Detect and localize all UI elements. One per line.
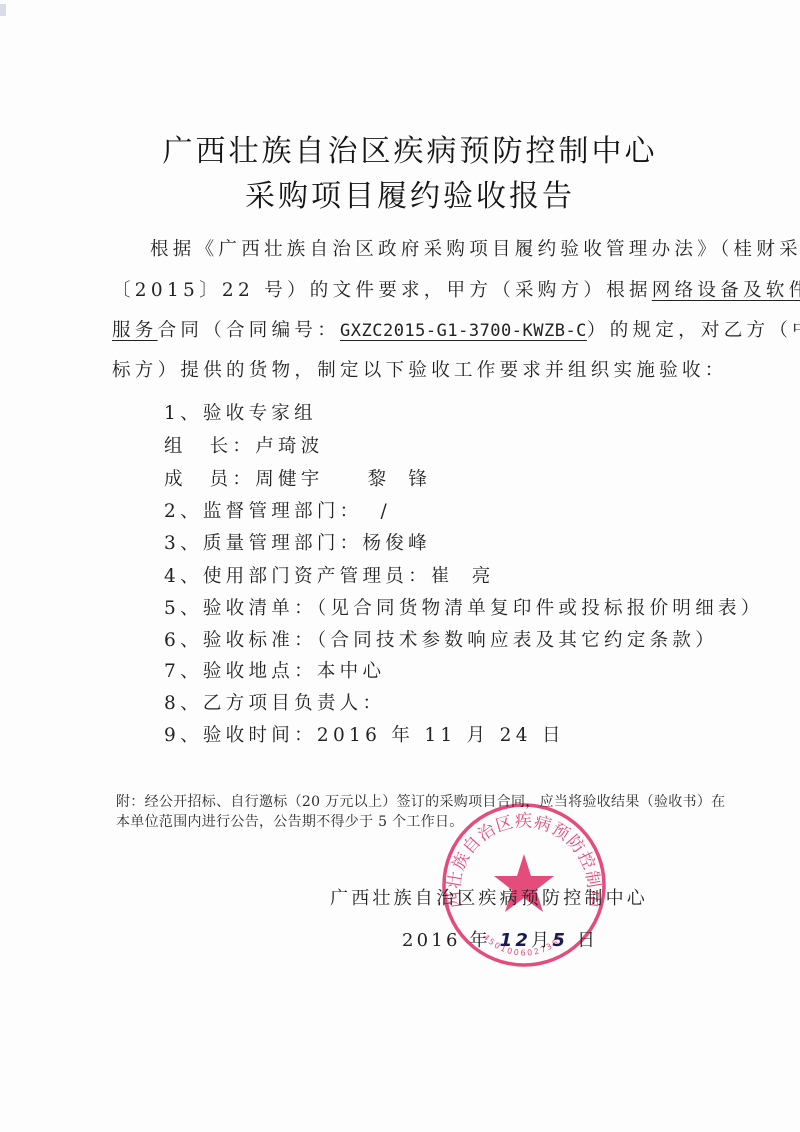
project-name-underlined-cont: 服务 <box>112 320 158 341</box>
footnote-line-2: 本单位范围内进行公告，公告期不得少于 5 个工作日。 <box>116 811 464 831</box>
handwritten-day: 5 <box>552 930 568 951</box>
scan-artifact <box>0 4 6 16</box>
item-location: 7、验收地点：本中心 <box>164 657 385 683</box>
footnote-line-1: 附：经公开招标、自行邀标（20 万元以上）签订的采购项目合同，应当将验收结果（验… <box>116 791 725 811</box>
item-expert-group: 1、验收专家组 <box>164 399 317 425</box>
signing-organization: 广西壮族自治区疾病预防控制中心 <box>330 884 648 910</box>
item-vendor-lead: 8、乙方项目负责人： <box>164 689 385 715</box>
item-asset-manager: 4、使用部门资产管理员：崔亮 <box>164 562 495 588</box>
intro-line-2: 〔2015〕22 号）的文件要求，甲方（采购方）根据网络设备及软件开发 <box>112 276 800 302</box>
intro-line-3: 服务合同（合同编号：GXZC2015-G1-3700-KWZB-C）的规定，对乙… <box>112 316 800 342</box>
signing-date: 2016 年 12月5 日 <box>402 926 598 952</box>
item-group-members: 成 员：周健宇黎锋 <box>164 465 431 491</box>
item-group-leader: 组 长：卢琦波 <box>164 432 324 458</box>
item-standard: 6、验收标准：（合同技术参数响应表及其它约定条款） <box>164 626 718 652</box>
intro-line-4: 标方）提供的货物，制定以下验收工作要求并组织实施验收： <box>112 356 728 382</box>
contract-number: GXZC2015-G1-3700-KWZB-C <box>340 321 587 341</box>
document-subtitle: 采购项目履约验收报告 <box>10 171 800 215</box>
item-checklist: 5、验收清单：（见合同货物清单复印件或投标报价明细表） <box>164 594 764 620</box>
handwritten-month: 12 <box>500 930 531 951</box>
intro-line-1: 根据《广西壮族自治区政府采购项目履约验收管理办法》（桂财采 <box>150 235 800 261</box>
item-quality-dept: 3、质量管理部门：杨俊峰 <box>164 529 431 555</box>
item-acceptance-time: 9、验收时间：2016 年 11 月 24 日 <box>164 721 565 747</box>
item-supervision-dept: 2、监督管理部门：/ <box>164 497 391 523</box>
project-name-underlined: 网络设备及软件开发 <box>652 280 800 301</box>
document-title: 广西壮族自治区疾病预防控制中心 <box>10 126 800 170</box>
